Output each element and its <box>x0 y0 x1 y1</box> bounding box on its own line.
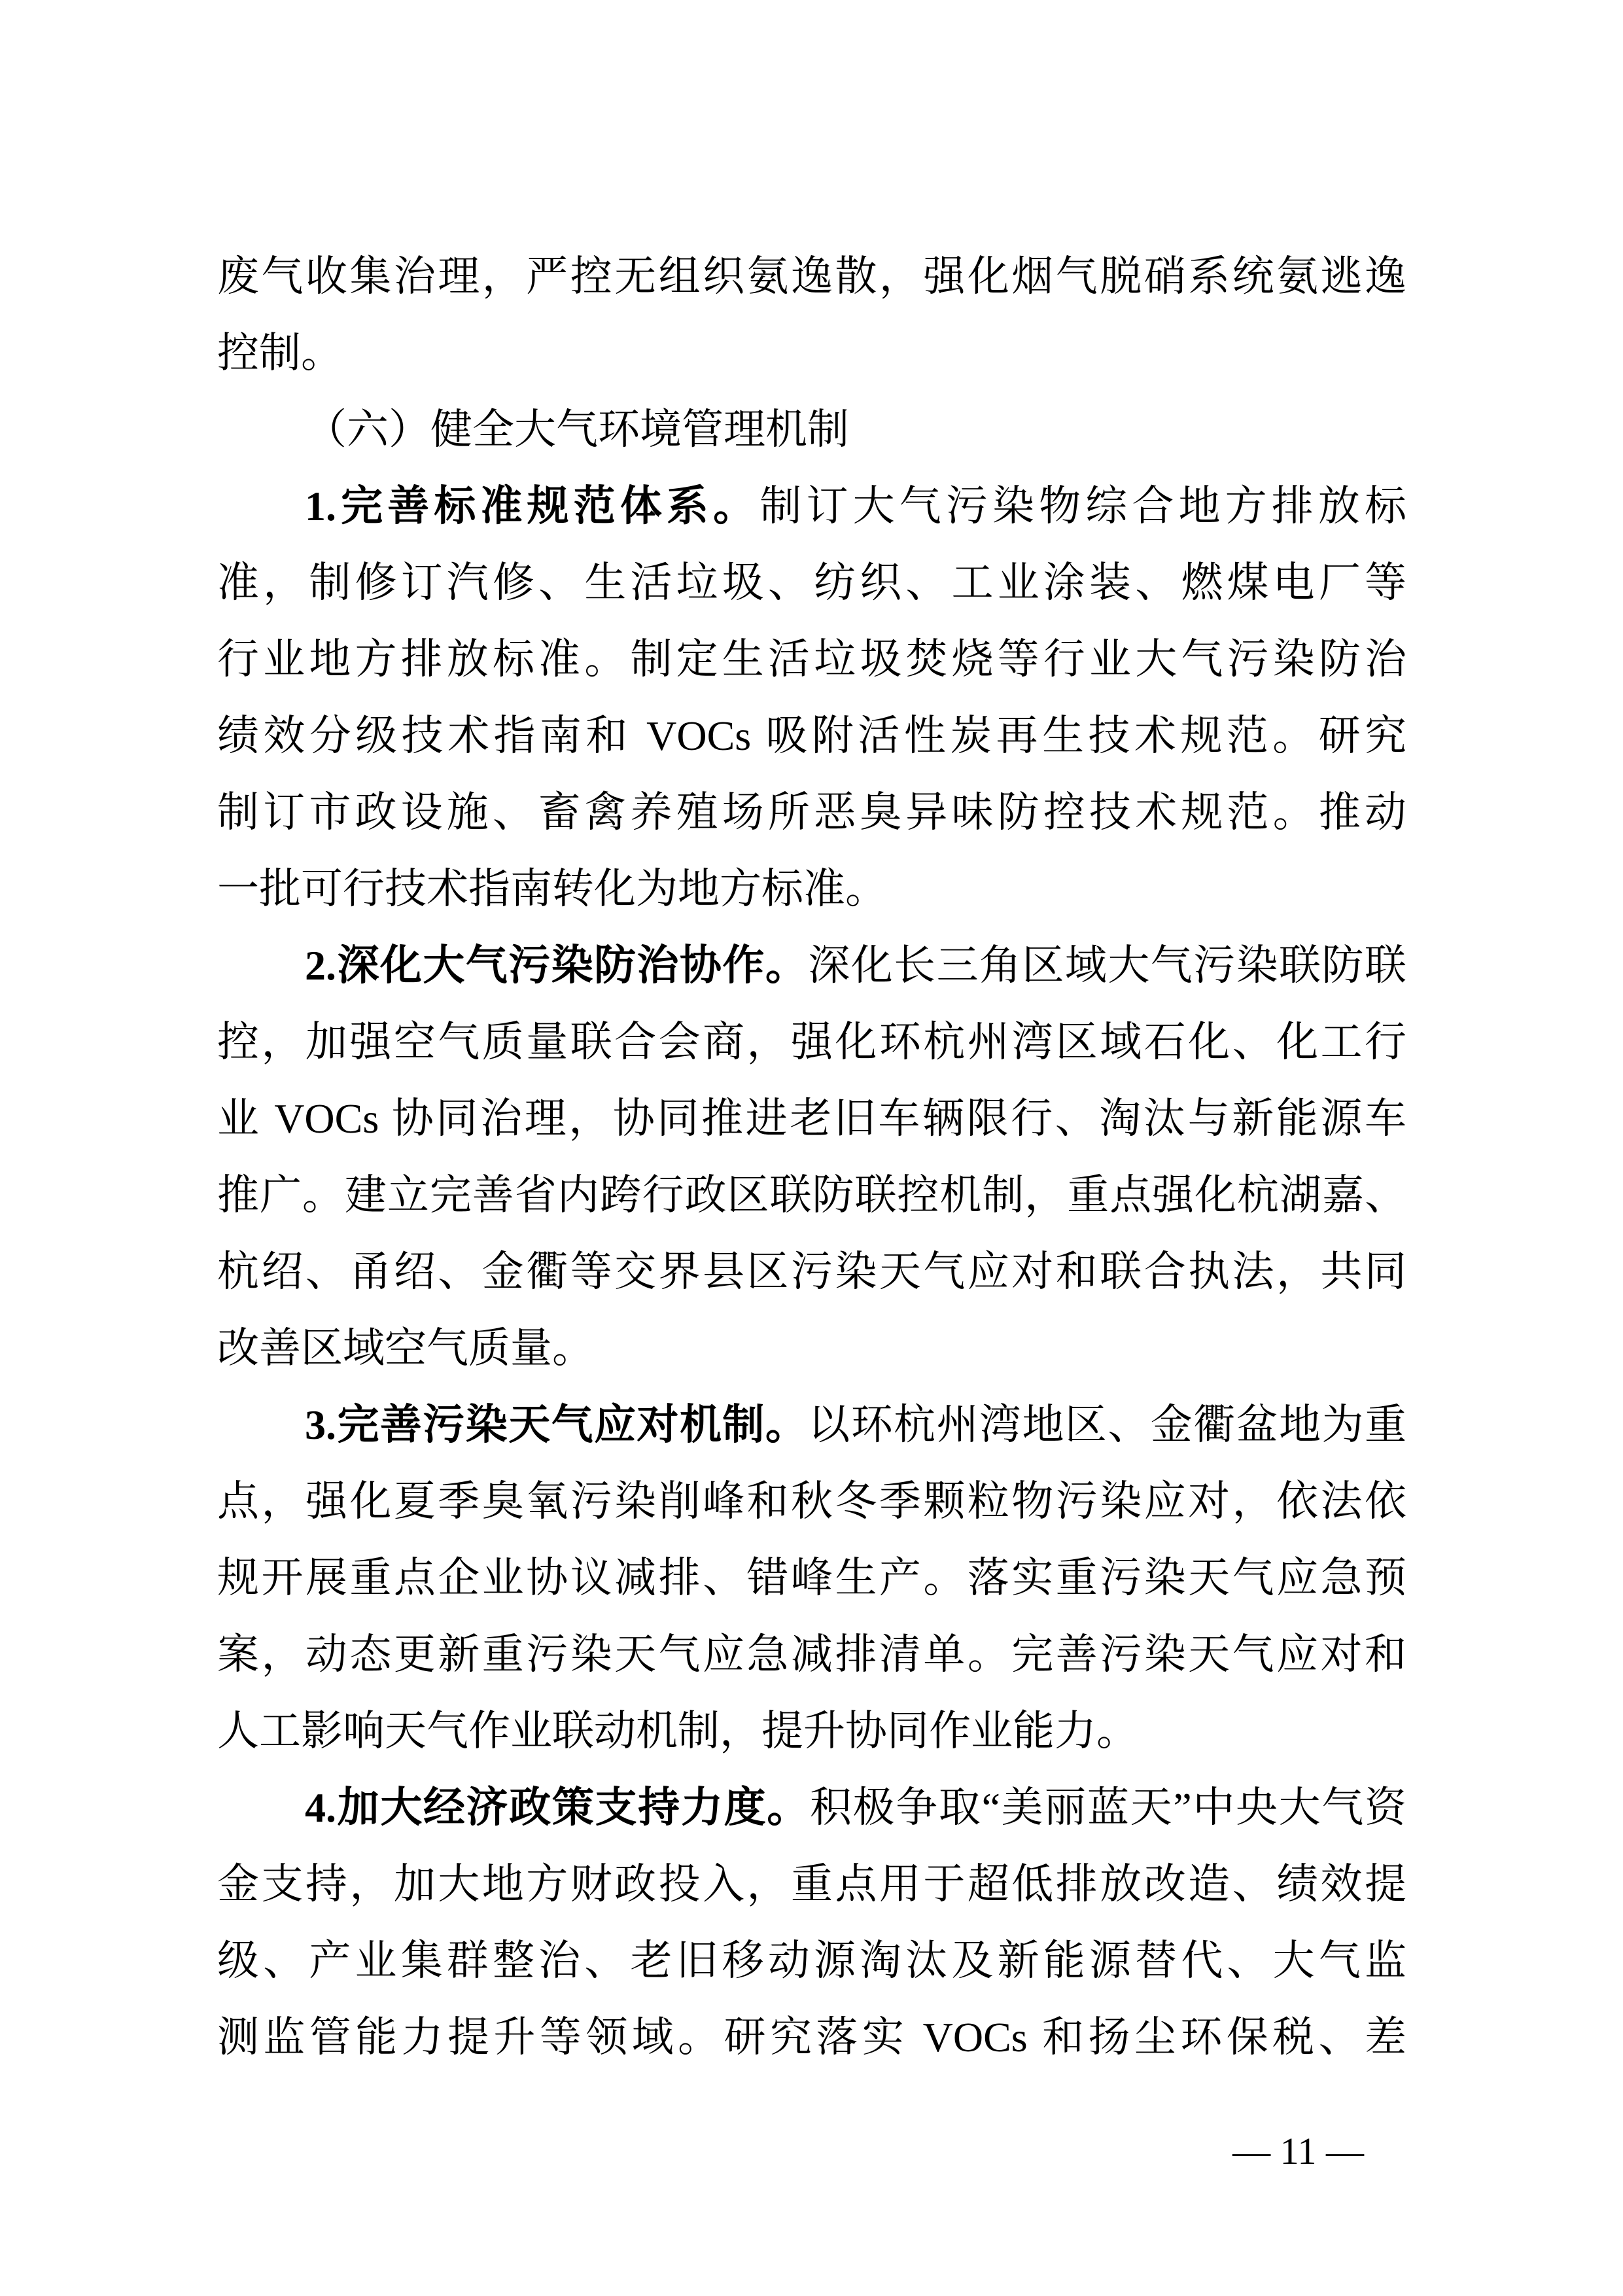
text-line: 准，制修订汽修、生活垃圾、纺织、工业涂装、燃煤电厂等 <box>217 544 1406 621</box>
text-line: 案，动态更新重污染天气应急减排清单。完善污染天气应对和 <box>217 1616 1406 1693</box>
text-line: 控，加强空气质量联合会商，强化环杭州湾区域石化、化工行 <box>217 1004 1406 1080</box>
body-run: 测监管能力提升等领域。研究落实 VOCs 和扬尘环保税、差 <box>217 2014 1406 2060</box>
text-line: 业 VOCs 协同治理，协同推进老旧车辆限行、淘汰与新能源车 <box>217 1080 1406 1157</box>
body-run: 制订大气污染物综合地方排放标 <box>759 483 1406 529</box>
page-number: — 11 — <box>1232 2130 1364 2172</box>
body-run: 杭绍、甬绍、金衢等交界县区污染天气应对和联合执法，共同 <box>217 1248 1406 1295</box>
text-line: 行业地方排放标准。制定生活垃圾焚烧等行业大气污染防治 <box>217 621 1406 698</box>
text-line: 人工影响天气作业联动机制，提升协同作业能力。 <box>217 1693 1406 1769</box>
text-line: 一批可行技术指南转化为地方标准。 <box>217 851 1406 927</box>
text-line: 点，强化夏季臭氧污染削峰和秋冬季颗粒物污染应对，依法依 <box>217 1463 1406 1540</box>
heading-run: 3.完善污染天气应对机制。 <box>305 1402 808 1448</box>
heading-run: 2.深化大气污染防治协作。 <box>305 942 808 989</box>
body-run: 以环杭州湾地区、金衢盆地为重 <box>808 1402 1406 1448</box>
text-line: 制订市政设施、畜禽养殖场所恶臭异味防控技术规范。推动 <box>217 774 1406 851</box>
body-run: 案，动态更新重污染天气应急减排清单。完善污染天气应对和 <box>217 1631 1406 1678</box>
heading-run: 4.加大经济政策支持力度。 <box>305 1784 810 1831</box>
body-run: 业 VOCs 协同治理，协同推进老旧车辆限行、淘汰与新能源车 <box>217 1095 1406 1142</box>
body-run: 点，强化夏季臭氧污染削峰和秋冬季颗粒物污染应对，依法依 <box>217 1478 1406 1525</box>
text-line: 1.完善标准规范体系。制订大气污染物综合地方排放标 <box>217 468 1406 544</box>
body-run: 准，制修订汽修、生活垃圾、纺织、工业涂装、燃煤电厂等 <box>217 559 1406 606</box>
text-line: 3.完善污染天气应对机制。以环杭州湾地区、金衢盆地为重 <box>217 1386 1406 1463</box>
body-run: 行业地方排放标准。制定生活垃圾焚烧等行业大气污染防治 <box>217 636 1406 682</box>
body-run: 一批可行技术指南转化为地方标准。 <box>217 866 887 912</box>
heading-run: 1.完善标准规范体系。 <box>305 483 759 529</box>
body-run: （六）健全大气环境管理机制 <box>305 406 849 453</box>
body-run: 控，加强空气质量联合会商，强化环杭州湾区域石化、化工行 <box>217 1019 1406 1065</box>
body-run: 控制。 <box>217 330 343 376</box>
text-line: 改善区域空气质量。 <box>217 1310 1406 1386</box>
body-run: 深化长三角区域大气污染联防联 <box>808 942 1406 989</box>
text-line: 杭绍、甬绍、金衢等交界县区污染天气应对和联合执法，共同 <box>217 1233 1406 1310</box>
text-line: 2.深化大气污染防治协作。深化长三角区域大气污染联防联 <box>217 927 1406 1004</box>
text-line: 绩效分级技术指南和 VOCs 吸附活性炭再生技术规范。研究 <box>217 698 1406 774</box>
body-run: 规开展重点企业协议减排、错峰生产。落实重污染天气应急预 <box>217 1555 1406 1601</box>
body-run: 改善区域空气质量。 <box>217 1325 594 1371</box>
text-line: 推广。建立完善省内跨行政区联防联控机制，重点强化杭湖嘉、 <box>217 1157 1406 1233</box>
document-page: 废气收集治理，严控无组织氨逸散，强化烟气脱硝系统氨逃逸控制。（六）健全大气环境管… <box>0 0 1623 2296</box>
page-footer: — 11 — <box>1232 2122 1364 2181</box>
body-run: 积极争取“美丽蓝天”中央大气资 <box>810 1784 1406 1831</box>
text-line: 规开展重点企业协议减排、错峰生产。落实重污染天气应急预 <box>217 1540 1406 1616</box>
body-run: 人工影响天气作业联动机制，提升协同作业能力。 <box>217 1708 1138 1754</box>
text-block: 废气收集治理，严控无组织氨逸散，强化烟气脱硝系统氨逃逸控制。（六）健全大气环境管… <box>217 238 1406 2075</box>
text-line: 金支持，加大地方财政投入，重点用于超低排放改造、绩效提 <box>217 1846 1406 1922</box>
text-line: 级、产业集群整治、老旧移动源淘汰及新能源替代、大气监 <box>217 1922 1406 1999</box>
body-run: 级、产业集群整治、老旧移动源淘汰及新能源替代、大气监 <box>217 1937 1406 1984</box>
text-line: 废气收集治理，严控无组织氨逸散，强化烟气脱硝系统氨逃逸 <box>217 238 1406 315</box>
body-run: 废气收集治理，严控无组织氨逸散，强化烟气脱硝系统氨逃逸 <box>217 253 1406 300</box>
body-run: 制订市政设施、畜禽养殖场所恶臭异味防控技术规范。推动 <box>217 789 1406 836</box>
text-line: 4.加大经济政策支持力度。积极争取“美丽蓝天”中央大气资 <box>217 1769 1406 1846</box>
text-line: 控制。 <box>217 315 1406 391</box>
text-line: （六）健全大气环境管理机制 <box>217 391 1406 468</box>
body-run: 金支持，加大地方财政投入，重点用于超低排放改造、绩效提 <box>217 1861 1406 1907</box>
body-run: 绩效分级技术指南和 VOCs 吸附活性炭再生技术规范。研究 <box>217 713 1406 759</box>
body-run: 推广。建立完善省内跨行政区联防联控机制，重点强化杭湖嘉、 <box>217 1172 1406 1218</box>
text-line: 测监管能力提升等领域。研究落实 VOCs 和扬尘环保税、差 <box>217 1999 1406 2075</box>
